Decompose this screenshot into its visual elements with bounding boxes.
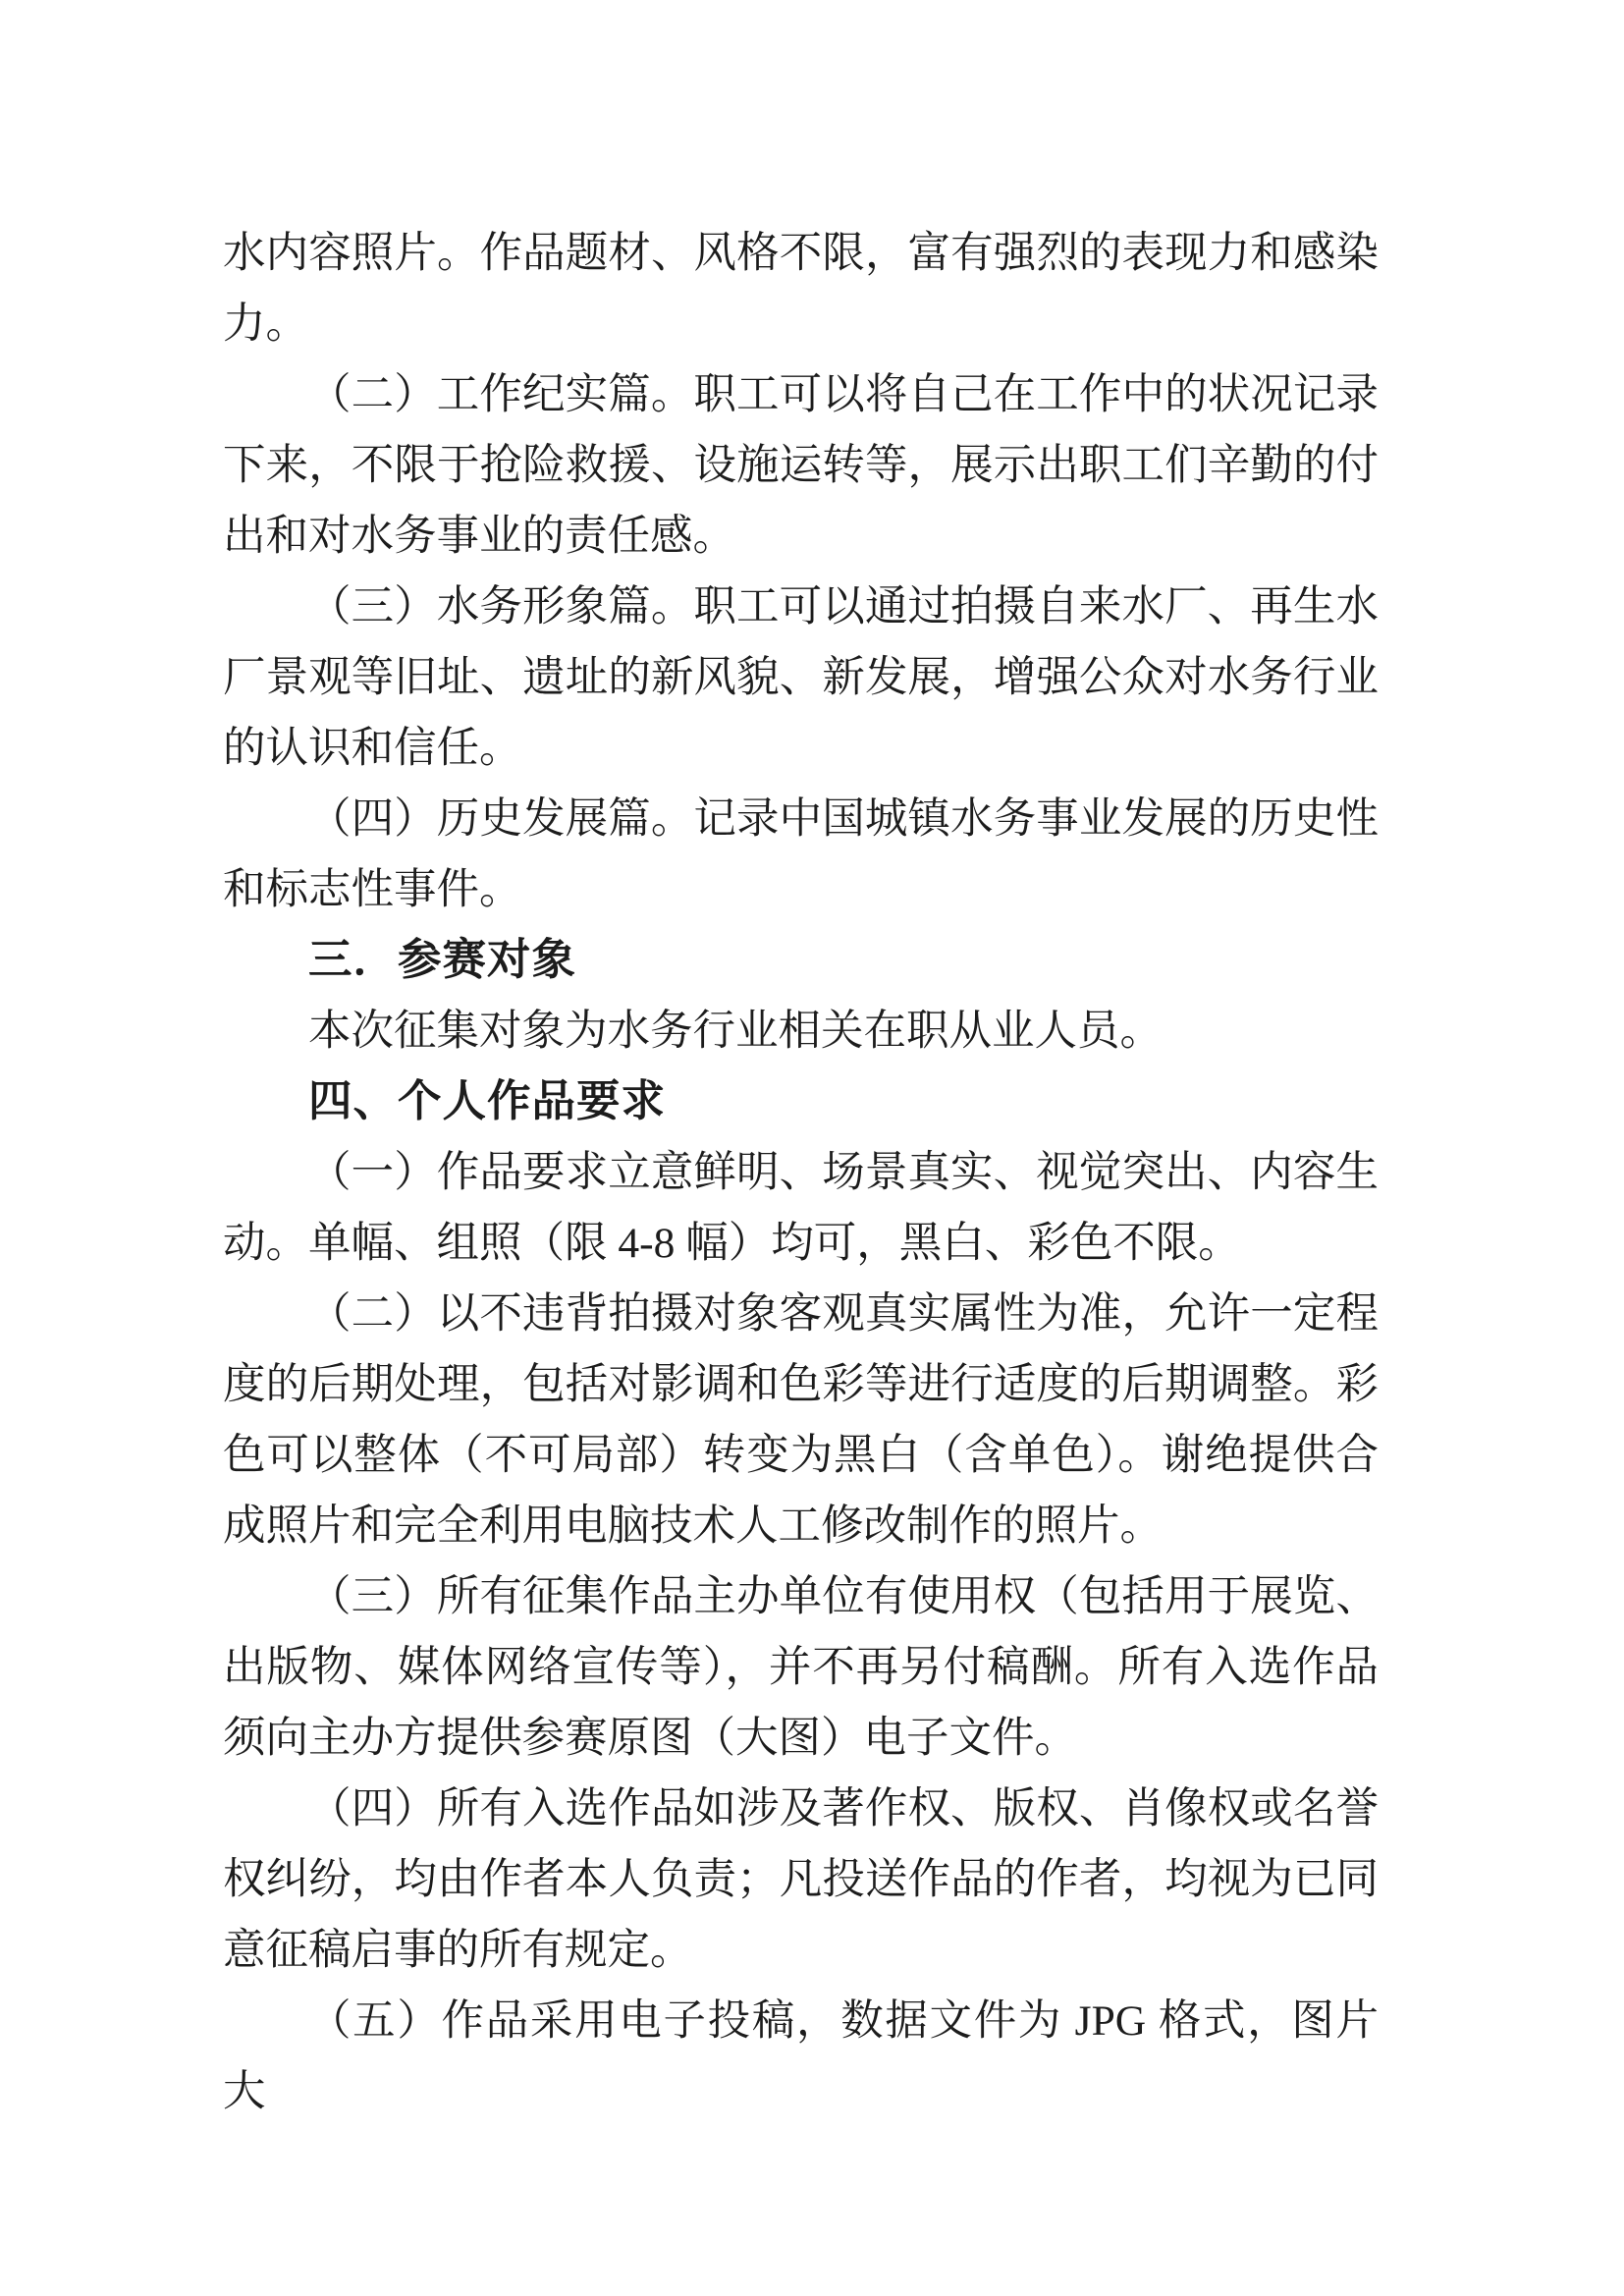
text-line: （五）作品采用电子投稿，数据文件为 JPG 格式，图片大 xyxy=(223,1986,1379,2127)
section-heading: 三．参赛对象 xyxy=(223,925,1379,996)
text-line: 力。 xyxy=(223,289,1379,359)
text-line: 和标志性事件。 xyxy=(223,854,1379,925)
document-page: 水内容照片。作品题材、风格不限，富有强烈的表现力和感染力。（二）工作纪实篇。职工… xyxy=(0,0,1624,2296)
text-line: 度的后期处理，包括对影调和色彩等进行适度的后期调整。彩 xyxy=(223,1349,1379,1420)
text-line: 色可以整体（不可局部）转变为黑白（含单色）。谢绝提供合 xyxy=(223,1420,1379,1491)
text-line: 出和对水务事业的责任感。 xyxy=(223,501,1379,572)
text-line: （三）水务形象篇。职工可以通过拍摄自来水厂、再生水 xyxy=(223,572,1379,642)
text-line: 意征稿启事的所有规定。 xyxy=(223,1915,1379,1986)
text-block: 水内容照片。作品题材、风格不限，富有强烈的表现力和感染力。（二）工作纪实篇。职工… xyxy=(223,218,1379,2127)
text-line: 出版物、媒体网络宣传等），并不再另付稿酬。所有入选作品 xyxy=(223,1632,1379,1703)
text-line: 成照片和完全利用电脑技术人工修改制作的照片。 xyxy=(223,1491,1379,1561)
text-line: （二）以不违背拍摄对象客观真实属性为准，允许一定程 xyxy=(223,1279,1379,1349)
text-line: 下来，不限于抢险救援、设施运转等，展示出职工们辛勤的付 xyxy=(223,430,1379,501)
text-line: 的认识和信任。 xyxy=(223,713,1379,784)
text-line: （四）所有入选作品如涉及著作权、版权、肖像权或名誉 xyxy=(223,1774,1379,1844)
text-line: （四）历史发展篇。记录中国城镇水务事业发展的历史性 xyxy=(223,784,1379,854)
text-line: 权纠纷，均由作者本人负责；凡投送作品的作者，均视为已同 xyxy=(223,1844,1379,1915)
text-line: 厂景观等旧址、遗址的新风貌、新发展，增强公众对水务行业 xyxy=(223,642,1379,713)
text-line: 水内容照片。作品题材、风格不限，富有强烈的表现力和感染 xyxy=(223,218,1379,289)
section-heading: 四、个人作品要求 xyxy=(223,1066,1379,1137)
text-line: 本次征集对象为水务行业相关在职从业人员。 xyxy=(223,996,1379,1066)
text-line: 须向主办方提供参赛原图（大图）电子文件。 xyxy=(223,1703,1379,1774)
text-line: （三）所有征集作品主办单位有使用权（包括用于展览、 xyxy=(223,1561,1379,1632)
text-line: （二）工作纪实篇。职工可以将自己在工作中的状况记录 xyxy=(223,359,1379,430)
text-line: （一）作品要求立意鲜明、场景真实、视觉突出、内容生 xyxy=(223,1137,1379,1208)
text-line: 动。单幅、组照（限 4-8 幅）均可，黑白、彩色不限。 xyxy=(223,1208,1379,1279)
